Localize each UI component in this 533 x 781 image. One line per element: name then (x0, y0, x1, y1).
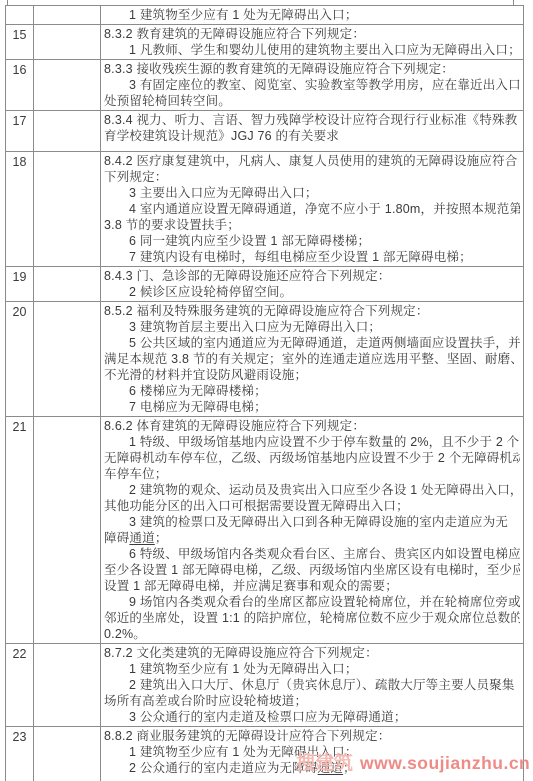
table-row-19: 198.4.3 门、急诊部的无障碍设施还应符合下列规定：2 候诊区应设轮椅停留空… (6, 266, 523, 301)
row-spacer-cell (34, 644, 101, 726)
content-line: 3.8 节的要求设置扶手； (104, 217, 520, 233)
content-line: 场所有高差或台阶时应设轮椅坡道； (104, 693, 520, 709)
row-content: 8.4.2 医疗康复建筑中，凡病人、康复人员使用的建筑的无障碍设施应符合下列规定… (101, 152, 523, 266)
row-number: 21 (6, 417, 34, 643)
content-line: 3 有固定座位的教室、阅览室、实验教室等教学用房，应在靠近出入口 (104, 77, 520, 93)
content-line: 6 楼梯应为无障碍楼梯； (104, 383, 520, 399)
row-spacer-cell (34, 60, 101, 110)
content-line: 设置 1 部无障碍电梯，并应满足赛事和观众的需要； (104, 578, 520, 594)
row-content: 1 建筑物至少应有 1 处为无障碍出入口； (101, 6, 523, 24)
row-number: 16 (6, 60, 34, 110)
content-line: 不光滑的材料并宜设防风避雨设施； (104, 367, 520, 383)
table-row-20: 208.5.2 福利及特殊服务建筑的无障碍设施应符合下列规定：3 建筑物首层主要… (6, 301, 523, 416)
content-line: 1 建筑物至少应有 1 处为无障碍出入口； (104, 661, 520, 677)
content-line: 满足本规范 3.8 节的有关规定；室外的连通走道应选用平整、坚固、耐磨、 (104, 351, 520, 367)
row-number: 18 (6, 152, 34, 266)
row-content: 8.7.2 文化类建筑的无障碍设施应符合下列规定：1 建筑物至少应有 1 处为无… (101, 644, 523, 726)
row-content: 8.8.2 商业服务建筑的无障碍设计应符合下列规定：1 建筑物至少应有 1 处为… (101, 727, 523, 781)
table-row-continuation: 1 建筑物至少应有 1 处为无障碍出入口； (6, 6, 523, 24)
table-row-23: 238.8.2 商业服务建筑的无障碍设计应符合下列规定：1 建筑物至少应有 1 … (6, 726, 523, 781)
content-line: 8.7.2 文化类建筑的无障碍设施应符合下列规定： (104, 645, 520, 661)
row-content: 8.3.3 接收残疾生源的教育建筑的无障碍设施应符合下列规定：3 有固定座位的教… (101, 60, 523, 110)
content-line: 1 建筑物至少应有 1 处为无障碍出入口； (104, 744, 520, 760)
table-row-18: 188.4.2 医疗康复建筑中，凡病人、康复人员使用的建筑的无障碍设施应符合下列… (6, 151, 523, 266)
content-line: 3 公众通行的室内走道及检票口应为无障碍通道； (104, 709, 520, 725)
row-number: 22 (6, 644, 34, 726)
content-line: 至少各设置 1 部无障碍电梯，乙级、丙级场馆内坐席区设有电梯时，至少应 (104, 562, 520, 578)
content-line: 障碍通道； (104, 530, 520, 546)
content-line: 8.4.2 医疗康复建筑中，凡病人、康复人员使用的建筑的无障碍设施应符合 (104, 153, 520, 169)
content-line: 3 主要出入口应为无障碍出入口； (104, 185, 520, 201)
row-number (6, 6, 34, 24)
content-line: 2 建筑出入口大厅、休息厅（贵宾休息厅）、疏散大厅等主要人员聚集 (104, 677, 520, 693)
row-spacer-cell (34, 727, 101, 781)
content-line: 8.3.2 教育建筑的无障碍设施应符合下列规定： (104, 26, 520, 42)
row-spacer-cell (34, 267, 101, 301)
content-line: 2 建筑物的观众、运动员及贵宾出入口应至少各设 1 处无障碍出入口， (104, 482, 520, 498)
content-line: 7 建筑内设有电梯时，每组电梯应至少设置 1 部无障碍电梯； (104, 249, 520, 265)
content-line: 其他功能分区的出入口可根据需要设置无障碍出入口； (104, 498, 520, 514)
content-line: 车停车位； (104, 466, 520, 482)
content-line: 6 特级、甲级场馆内各类观众看台区、主席台、贵宾区内如设置电梯应 (104, 546, 520, 562)
row-spacer-cell (34, 417, 101, 643)
content-line: 邻近的坐席处，设置 1:1 的陪护席位，轮椅席位数不应少于观众席位总数的 (104, 610, 520, 626)
content-line: 无障碍机动车停车位，乙级、丙级场馆基地内应设置不少于 2 个无障碍机动 (104, 450, 520, 466)
row-spacer-cell (34, 111, 101, 151)
row-content: 8.6.2 体育建筑的无障碍设施应符合下列规定：1 特级、甲级场馆基地内应设置不… (101, 417, 523, 643)
row-spacer-cell (34, 6, 101, 24)
row-spacer-cell (34, 152, 101, 266)
table-row-17: 178.3.4 视力、听力、言语、智力残障学校设计应符合现行行业标准《特殊教育学… (6, 110, 523, 151)
content-line: 1 特级、甲级场馆基地内应设置不少于停车数量的 2%，且不少于 2 个 (104, 434, 520, 450)
row-spacer-cell (34, 302, 101, 416)
row-content: 8.4.3 门、急诊部的无障碍设施还应符合下列规定：2 候诊区应设轮椅停留空间。 (101, 267, 523, 301)
content-line: 1 建筑物至少应有 1 处为无障碍出入口； (104, 7, 520, 23)
content-line: 下列规定： (104, 169, 520, 185)
content-line: 0.2%。 (104, 626, 520, 642)
content-line: 4 室内通道应设置无障碍通道，净宽不应小于 1.80m，并按照本规范第 (104, 201, 520, 217)
row-number: 19 (6, 267, 34, 301)
content-line: 1 凡教师、学生和婴幼儿使用的建筑物主要出入口应为无障碍出入口； (104, 42, 520, 58)
content-line: 8.4.3 门、急诊部的无障碍设施还应符合下列规定： (104, 268, 520, 284)
row-content: 8.3.2 教育建筑的无障碍设施应符合下列规定：1 凡教师、学生和婴幼儿使用的建… (101, 25, 523, 59)
content-line: 8.5.2 福利及特殊服务建筑的无障碍设施应符合下列规定： (104, 303, 520, 319)
table-row-22: 228.7.2 文化类建筑的无障碍设施应符合下列规定：1 建筑物至少应有 1 处… (6, 643, 523, 726)
regulation-table: 1 建筑物至少应有 1 处为无障碍出入口；158.3.2 教育建筑的无障碍设施应… (5, 5, 524, 781)
content-line: 3 建筑的检票口及无障碍出入口到各种无障碍设施的室内走道应为无 (104, 514, 520, 530)
row-content: 8.5.2 福利及特殊服务建筑的无障碍设施应符合下列规定：3 建筑物首层主要出入… (101, 302, 523, 416)
row-number: 17 (6, 111, 34, 151)
content-line: 5 公共区域的室内通道应为无障碍通道，走道两侧墙面应设置扶手，并 (104, 335, 520, 351)
content-line: 2 候诊区应设轮椅停留空间。 (104, 284, 520, 300)
table-row-21: 218.6.2 体育建筑的无障碍设施应符合下列规定：1 特级、甲级场馆基地内应设… (6, 416, 523, 643)
table-row-15: 158.3.2 教育建筑的无障碍设施应符合下列规定：1 凡教师、学生和婴幼儿使用… (6, 24, 523, 59)
row-content: 8.3.4 视力、听力、言语、智力残障学校设计应符合现行行业标准《特殊教育学校建… (101, 111, 523, 151)
content-line: 9 场馆内各类观众看台的坐席区都应设置轮椅席位，并在轮椅席位旁或 (104, 594, 520, 610)
row-number: 20 (6, 302, 34, 416)
content-line: 3 建筑物首层主要出入口应为无障碍出入口； (104, 319, 520, 335)
row-spacer-cell (34, 25, 101, 59)
content-line: 8.6.2 体育建筑的无障碍设施应符合下列规定： (104, 418, 520, 434)
table-row-16: 168.3.3 接收残疾生源的教育建筑的无障碍设施应符合下列规定：3 有固定座位… (6, 59, 523, 110)
content-line: 8.3.4 视力、听力、言语、智力残障学校设计应符合现行行业标准《特殊教 (104, 112, 520, 128)
content-line: 处预留轮椅回转空间。 (104, 93, 520, 109)
content-line: 育学校建筑设计规范》JGJ 76 的有关要求 (104, 128, 520, 144)
content-line: 8.8.2 商业服务建筑的无障碍设计应符合下列规定： (104, 728, 520, 744)
content-line: 7 电梯应为无障碍电梯； (104, 399, 520, 415)
row-number: 15 (6, 25, 34, 59)
content-line: 8.3.3 接收残疾生源的教育建筑的无障碍设施应符合下列规定： (104, 61, 520, 77)
row-number: 23 (6, 727, 34, 781)
content-line: 2 公众通行的室内走道应为无障碍通道； (104, 760, 520, 776)
content-line: 6 同一建筑内应至少设置 1 部无障碍楼梯； (104, 233, 520, 249)
